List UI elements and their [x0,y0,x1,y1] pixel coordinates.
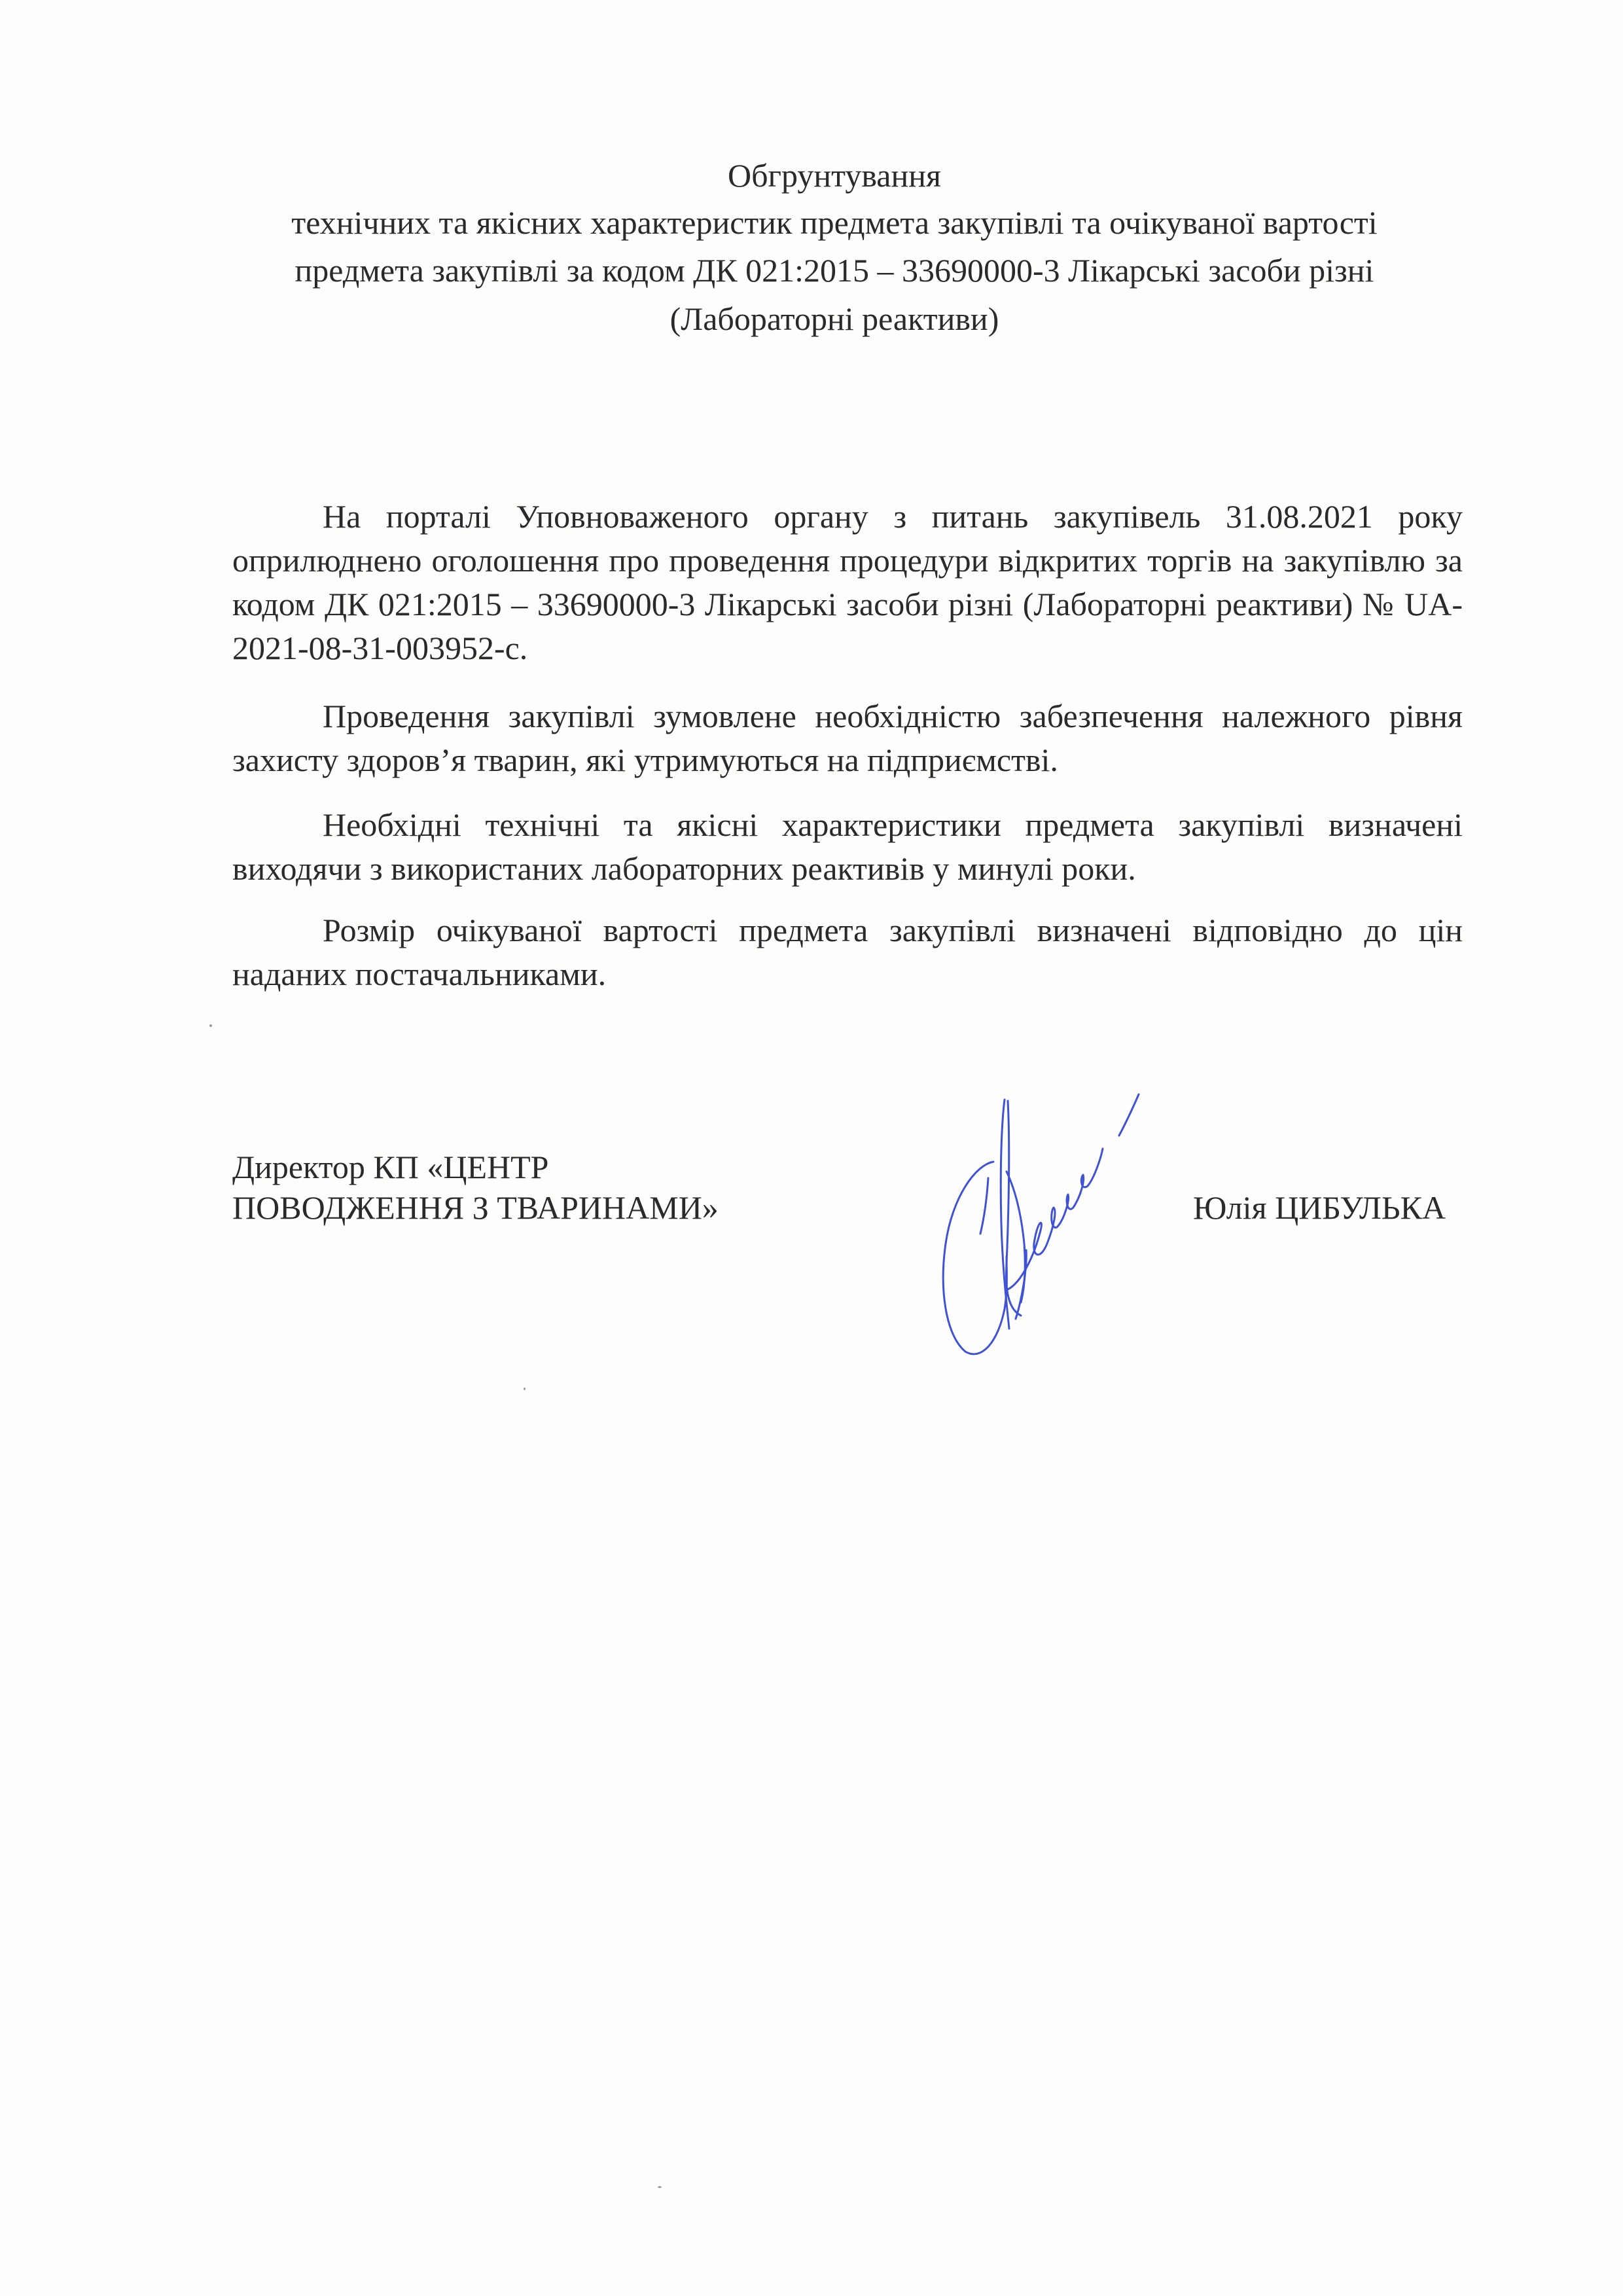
document-subtitle-line-2: предмета закупівлі за кодом ДК 021:2015 … [196,247,1472,293]
scan-speck [524,1388,526,1390]
document-subtitle-line-3: (Лабораторні реактиви) [196,296,1472,342]
scan-speck [209,1024,212,1027]
document-body: На порталі Уповноваженого органу з питан… [232,495,1463,996]
paragraph-expected-cost: Розмір очікуваної вартості предмета заку… [232,908,1463,996]
document-subtitle-line-1: технічних та якісних характеристик предм… [196,200,1472,245]
signatory-position: Директор КП «ЦЕНТР ПОВОДЖЕННЯ З ТВАРИНАМ… [232,1147,719,1228]
document-title: Обгрунтування [196,152,1472,198]
signatory-position-line-1: Директор КП «ЦЕНТР [232,1147,719,1187]
paragraph-reason: Проведення закупівлі зумовлене необхідні… [232,694,1463,782]
paragraph-announcement: На порталі Уповноваженого органу з питан… [232,495,1463,670]
document-page: Обгрунтування технічних та якісних харак… [0,0,1623,2296]
scan-speck [658,2186,662,2188]
handwritten-signature-icon [916,1073,1152,1374]
signatory-name: Юлія ЦИБУЛЬКА [1193,1187,1446,1228]
signatory-position-line-2: ПОВОДЖЕННЯ З ТВАРИНАМИ» [232,1187,719,1228]
paragraph-characteristics: Необхідні технічні та якісні характерист… [232,803,1463,891]
